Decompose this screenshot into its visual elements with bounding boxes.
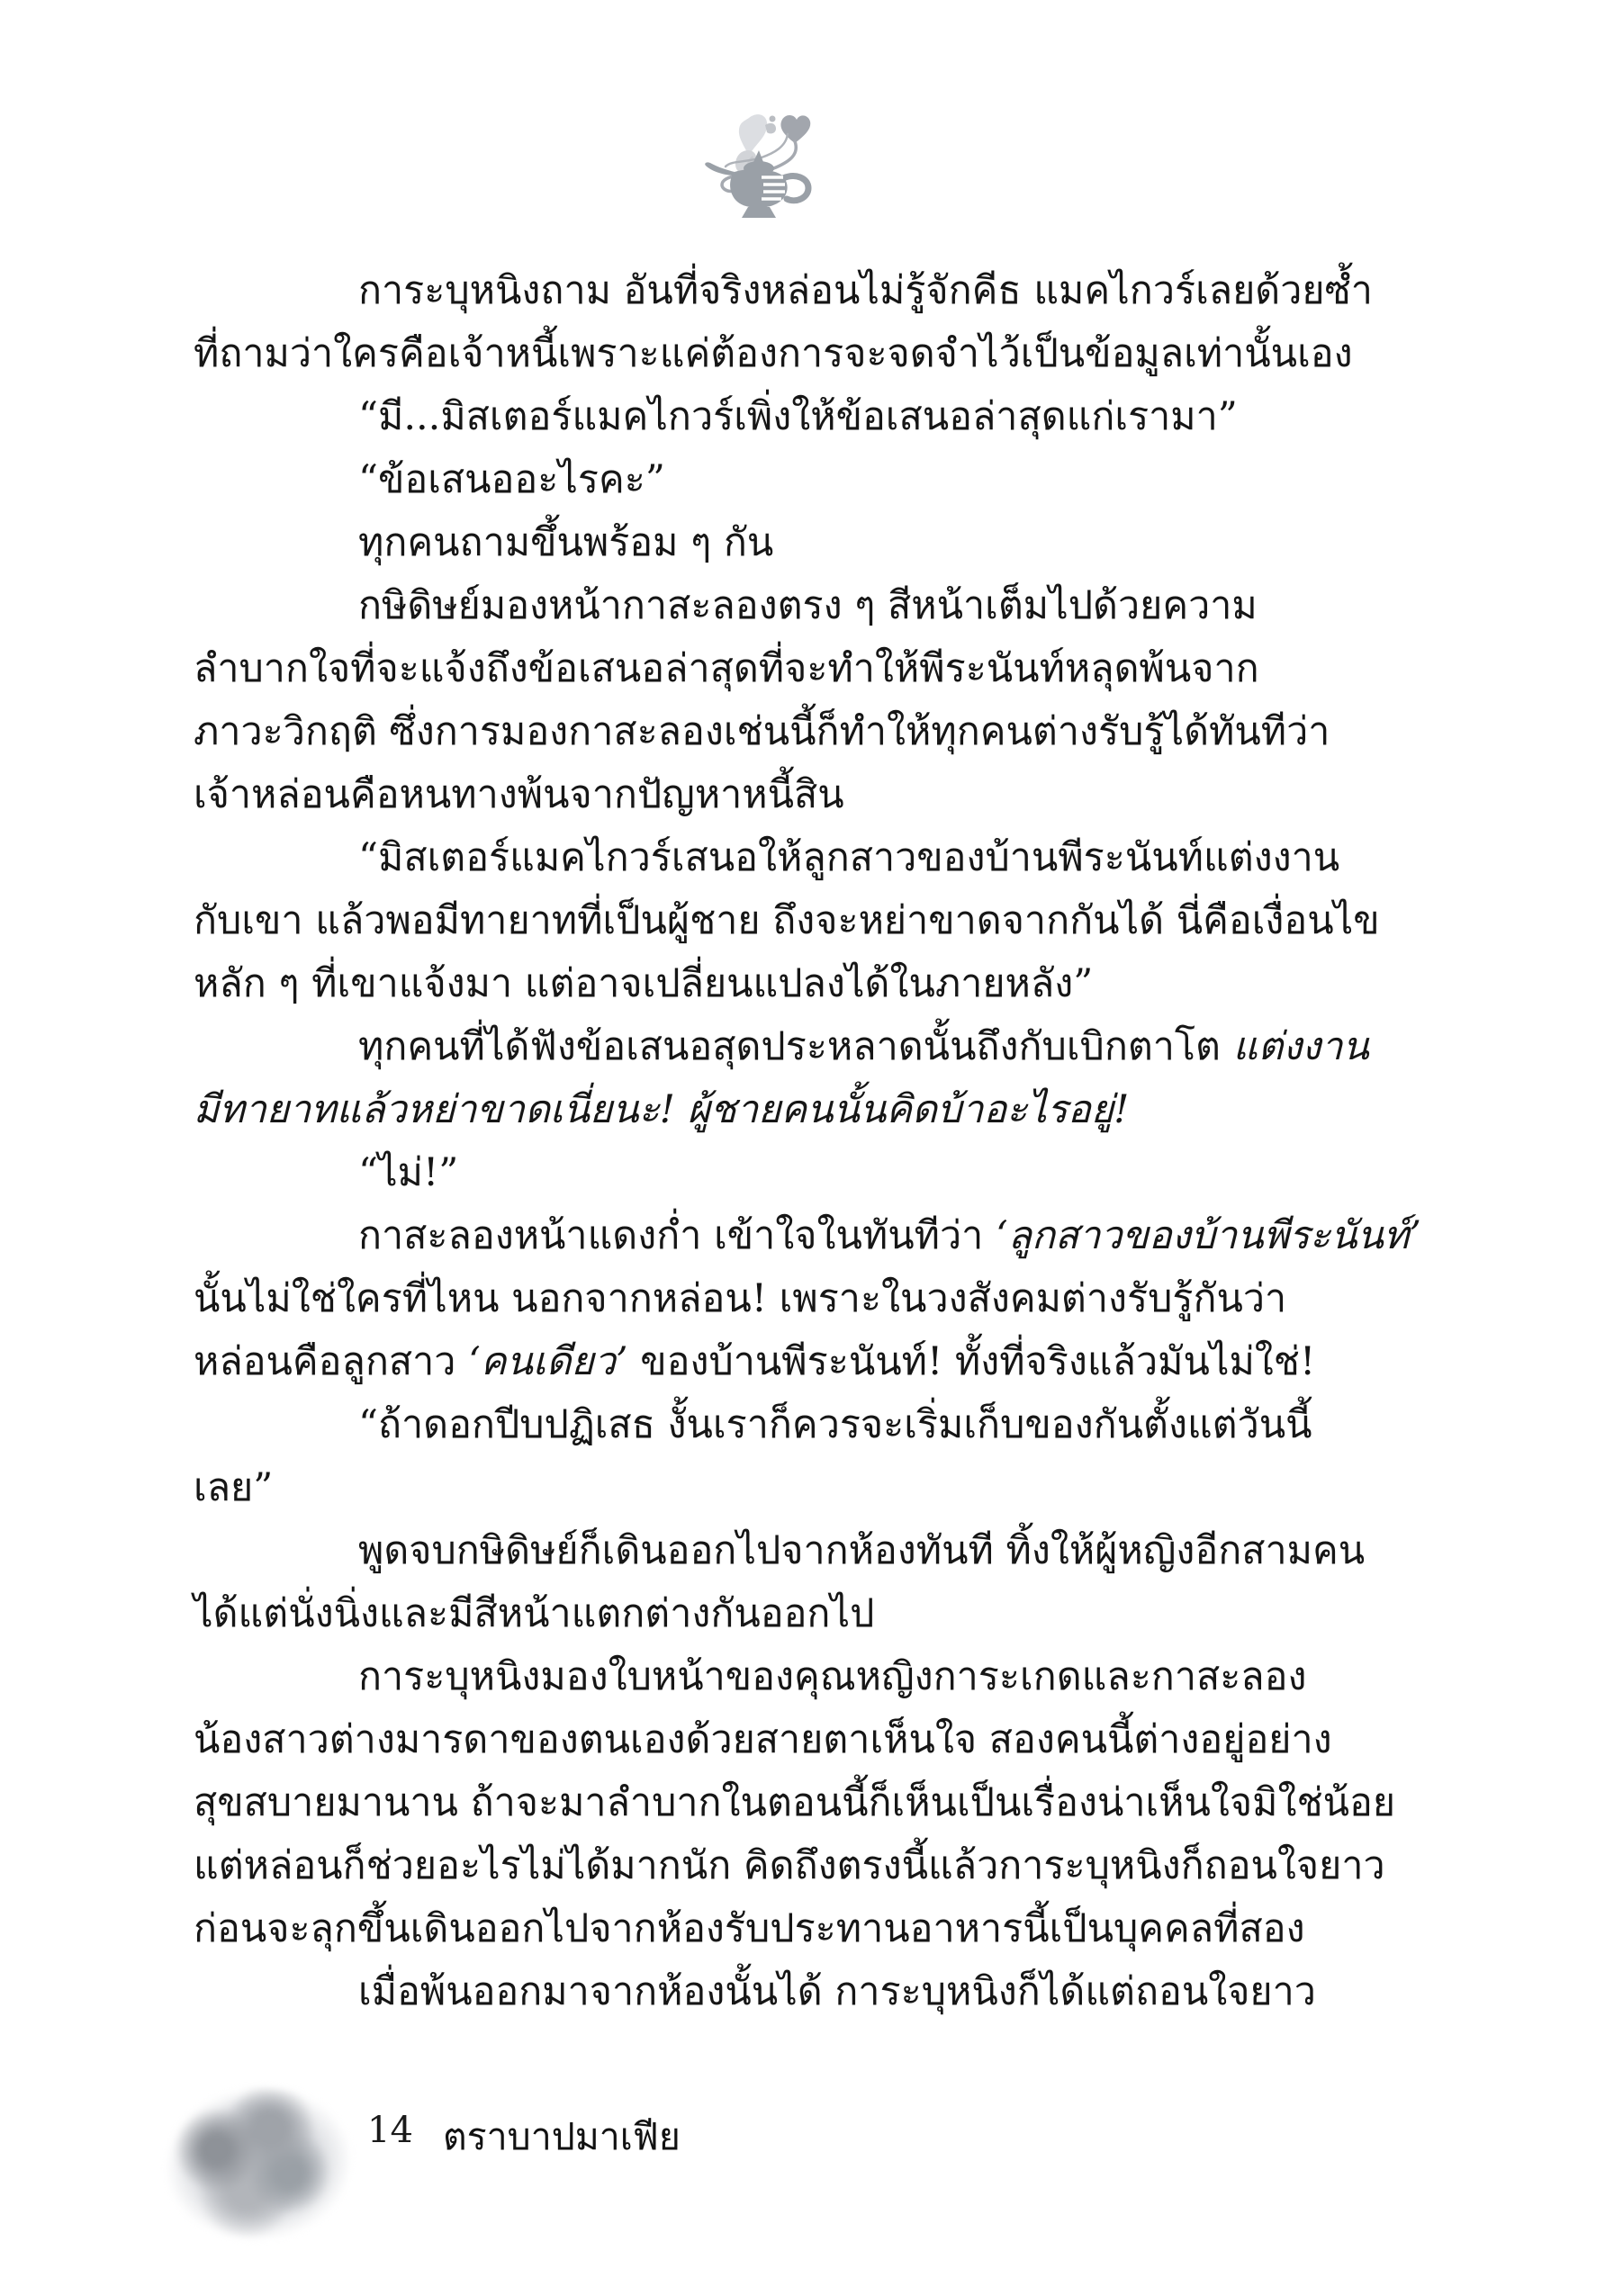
text-segment: เมื่อพ้นออกมาจากห้องนั้นได้ การะบุหนิงก็… bbox=[358, 1969, 1316, 2014]
text-segment: หล่อนคือลูกสาว bbox=[194, 1339, 468, 1384]
text-line: กับเขา แล้วพอมีทายาทที่เป็นผู้ชาย ถึงจะห… bbox=[194, 889, 1364, 952]
text-segment: “มี...มิสเตอร์แมคไกวร์เพิ่งให้ข้อเสนอล่า… bbox=[358, 394, 1238, 439]
text-segment: ได้แต่นั่งนิ่งและมีสีหน้าแตกต่างกันออกไป bbox=[194, 1591, 874, 1636]
text-segment: น้องสาวต่างมารดาของตนเองด้วยสายตาเห็นใจ … bbox=[194, 1717, 1332, 1762]
text-segment: ทุกคนที่ได้ฟังข้อเสนอสุดประหลาดนั้นถึงกั… bbox=[358, 1024, 1233, 1069]
text-line: กษิดิษย์มองหน้ากาสะลองตรง ๆ สีหน้าเต็มไป… bbox=[194, 574, 1364, 637]
text-segment: แต่หล่อนก็ช่วยอะไรไม่ได้มากนัก คิดถึงตรง… bbox=[194, 1843, 1385, 1888]
text-segment: “ไม่!” bbox=[358, 1150, 458, 1195]
text-segment: หลัก ๆ ที่เขาแจ้งมา แต่อาจเปลี่ยนแปลงได้… bbox=[194, 961, 1093, 1006]
text-line: ที่ถามว่าใครคือเจ้าหนี้เพราะแค่ต้องการจะ… bbox=[194, 322, 1364, 385]
text-line: เลย” bbox=[194, 1456, 1364, 1519]
page-text: การะบุหนิงถาม อันที่จริงหล่อนไม่รู้จักคี… bbox=[194, 259, 1364, 2023]
teapot-smoke-ornament-icon bbox=[702, 104, 821, 228]
text-segment: ลำบากใจที่จะแจ้งถึงข้อเสนอล่าสุดที่จะทำใ… bbox=[194, 646, 1259, 691]
text-line: “มิสเตอร์แมคไกวร์เสนอให้ลูกสาวของบ้านพีร… bbox=[194, 826, 1364, 889]
text-line: เจ้าหล่อนคือหนทางพ้นจากปัญหาหนี้สิน bbox=[194, 763, 1364, 826]
text-segment: พูดจบกษิดิษย์ก็เดินออกไปจากห้องทันที ทิ้… bbox=[358, 1528, 1365, 1573]
text-line: “ไม่!” bbox=[194, 1141, 1364, 1204]
text-line: ภาวะวิกฤติ ซึ่งการมองกาสะลองเช่นนี้ก็ทำใ… bbox=[194, 700, 1364, 763]
text-segment: “ข้อเสนออะไรคะ” bbox=[358, 457, 665, 502]
text-segment: ทุกคนถามขึ้นพร้อม ๆ กัน bbox=[358, 520, 773, 565]
page-number: 14 bbox=[367, 2110, 413, 2151]
text-line: สุขสบายมานาน ถ้าจะมาลำบากในตอนนี้ก็เห็นเ… bbox=[194, 1771, 1364, 1834]
teapot-ornament-svg bbox=[702, 104, 821, 228]
text-line: ลำบากใจที่จะแจ้งถึงข้อเสนอล่าสุดที่จะทำใ… bbox=[194, 637, 1364, 700]
text-line: หล่อนคือลูกสาว ‘คนเดียว’ ของบ้านพีระนันท… bbox=[194, 1330, 1364, 1393]
text-segment: “ถ้าดอกปีบปฏิเสธ งั้นเราก็ควรจะเริ่มเก็บ… bbox=[358, 1402, 1312, 1447]
text-segment: การะบุหนิงถาม อันที่จริงหล่อนไม่รู้จักคี… bbox=[358, 268, 1373, 313]
text-line: มีทายาทแล้วหย่าขาดเนี่ยนะ! ผู้ชายคนนั้นค… bbox=[194, 1078, 1364, 1141]
text-line: หลัก ๆ ที่เขาแจ้งมา แต่อาจเปลี่ยนแปลงได้… bbox=[194, 952, 1364, 1015]
text-line: การะบุหนิงมองใบหน้าของคุณหญิงการะเกดและก… bbox=[194, 1645, 1364, 1708]
text-line: กาสะลองหน้าแดงก่ำ เข้าใจในทันทีว่า ‘ลูกส… bbox=[194, 1204, 1364, 1267]
text-line: “ถ้าดอกปีบปฏิเสธ งั้นเราก็ควรจะเริ่มเก็บ… bbox=[194, 1393, 1364, 1456]
text-line: “มี...มิสเตอร์แมคไกวร์เพิ่งให้ข้อเสนอล่า… bbox=[194, 385, 1364, 448]
text-line: พูดจบกษิดิษย์ก็เดินออกไปจากห้องทันที ทิ้… bbox=[194, 1519, 1364, 1582]
book-title: ตราบาปมาเฟีย bbox=[443, 2108, 681, 2166]
text-line: ได้แต่นั่งนิ่งและมีสีหน้าแตกต่างกันออกไป bbox=[194, 1582, 1364, 1645]
text-segment: ที่ถามว่าใครคือเจ้าหนี้เพราะแค่ต้องการจะ… bbox=[194, 331, 1353, 376]
text-segment: สุขสบายมานาน ถ้าจะมาลำบากในตอนนี้ก็เห็นเ… bbox=[194, 1780, 1395, 1825]
text-line: แต่หล่อนก็ช่วยอะไรไม่ได้มากนัก คิดถึงตรง… bbox=[194, 1834, 1364, 1897]
text-line: นั้นไม่ใช่ใครที่ไหน นอกจากหล่อน! เพราะใน… bbox=[194, 1267, 1364, 1330]
text-segment: “มิสเตอร์แมคไกวร์เสนอให้ลูกสาวของบ้านพีร… bbox=[358, 835, 1339, 880]
text-segment: ของบ้านพีระนันท์! ทั้งที่จริงแล้วมันไม่ใ… bbox=[628, 1339, 1316, 1384]
italic-text-segment: ‘ลูกสาวของบ้านพีระนันท์’ bbox=[996, 1213, 1421, 1258]
book-page: การะบุหนิงถาม อันที่จริงหล่อนไม่รู้จักคี… bbox=[0, 0, 1605, 2296]
text-line: ทุกคนที่ได้ฟังข้อเสนอสุดประหลาดนั้นถึงกั… bbox=[194, 1015, 1364, 1078]
text-line: ทุกคนถามขึ้นพร้อม ๆ กัน bbox=[194, 511, 1364, 574]
text-segment: เจ้าหล่อนคือหนทางพ้นจากปัญหาหนี้สิน bbox=[194, 772, 844, 817]
italic-text-segment: แต่งงาน bbox=[1233, 1024, 1369, 1069]
text-segment: กาสะลองหน้าแดงก่ำ เข้าใจในทันทีว่า bbox=[358, 1213, 996, 1258]
text-line: การะบุหนิงถาม อันที่จริงหล่อนไม่รู้จักคี… bbox=[194, 259, 1364, 322]
text-segment: การะบุหนิงมองใบหน้าของคุณหญิงการะเกดและก… bbox=[358, 1654, 1306, 1699]
text-line: เมื่อพ้นออกมาจากห้องนั้นได้ การะบุหนิงก็… bbox=[194, 1960, 1364, 2023]
text-line: ก่อนจะลุกขึ้นเดินออกไปจากห้องรับประทานอา… bbox=[194, 1897, 1364, 1960]
text-segment: กับเขา แล้วพอมีทายาทที่เป็นผู้ชาย ถึงจะห… bbox=[194, 898, 1380, 943]
text-segment: ก่อนจะลุกขึ้นเดินออกไปจากห้องรับประทานอา… bbox=[194, 1906, 1305, 1951]
flower-ornament bbox=[159, 2079, 358, 2249]
text-line: น้องสาวต่างมารดาของตนเองด้วยสายตาเห็นใจ … bbox=[194, 1708, 1364, 1771]
italic-text-segment: มีทายาทแล้วหย่าขาดเนี่ยนะ! ผู้ชายคนนั้นค… bbox=[194, 1087, 1129, 1132]
text-segment: ภาวะวิกฤติ ซึ่งการมองกาสะลองเช่นนี้ก็ทำใ… bbox=[194, 709, 1330, 754]
text-segment: เลย” bbox=[194, 1465, 273, 1510]
italic-text-segment: ‘คนเดียว’ bbox=[468, 1339, 627, 1384]
text-segment: นั้นไม่ใช่ใครที่ไหน นอกจากหล่อน! เพราะใน… bbox=[194, 1276, 1286, 1321]
text-line: “ข้อเสนออะไรคะ” bbox=[194, 448, 1364, 511]
text-segment: กษิดิษย์มองหน้ากาสะลองตรง ๆ สีหน้าเต็มไป… bbox=[358, 583, 1258, 628]
